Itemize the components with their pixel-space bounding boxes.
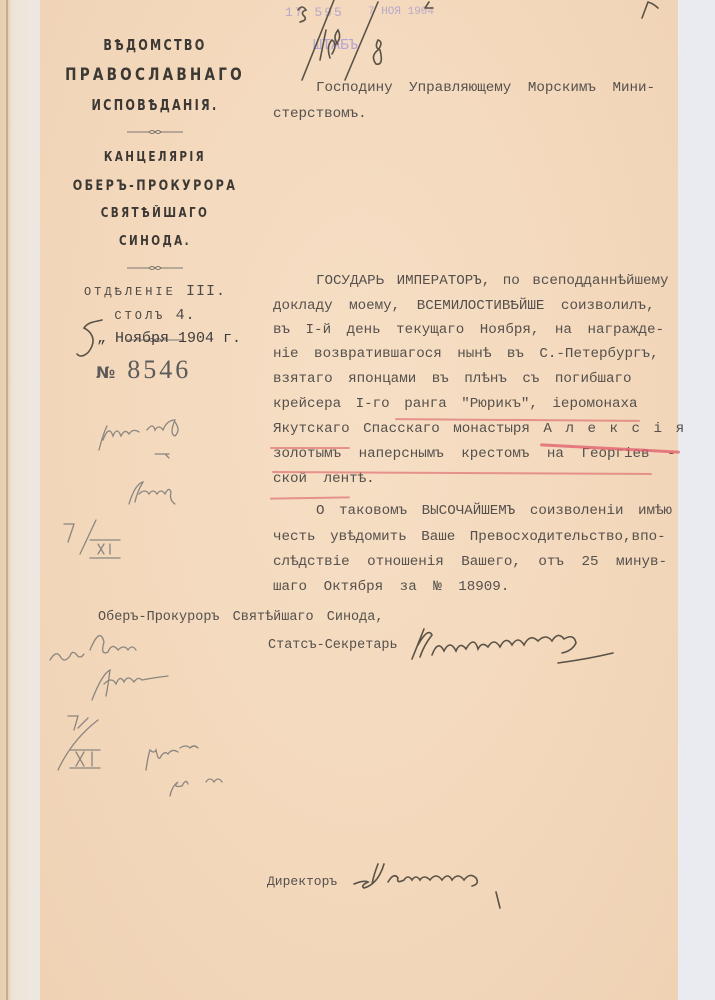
body-line-6: крейсера I-го ранга "Рюрикъ", іеромонаха (273, 396, 638, 412)
body-line-2: докладу моему, ВСЕМИЛОСТИВѢЙШЕ соизволил… (273, 298, 655, 314)
addressee-line-1: Господину Управляющему Морскимъ Мини- (316, 80, 655, 96)
secretary-signature (408, 625, 623, 665)
margin-note-signatures (40, 620, 280, 800)
closing-line-3: слѣдствіе отношенія Вашего, отъ 25 минув… (273, 554, 667, 570)
closing-line-1: О таковомъ ВЫСОЧАЙШЕМЪ соизволеніи имѣю (316, 503, 672, 519)
scan-background (678, 0, 715, 1000)
desk-label: СТОЛЪ (114, 309, 165, 323)
closing-line-4: шаго Октября за № 18909. (273, 579, 509, 595)
desk-value: 4. (176, 307, 196, 324)
letterhead-line-1: ВѢДОМСТВО (69, 30, 242, 60)
department-label: ОТДѢЛЕНІЕ (84, 285, 176, 299)
letterhead-line-3: ИСПОВѢДАНІЯ. (69, 90, 242, 120)
handwritten-corner-mark (640, 0, 670, 20)
department-line: ОТДѢЛЕНІЕ III. (40, 280, 270, 304)
body-line-7: Якутскаго Спасскаго монастыря А л е к с … (273, 421, 684, 437)
document-date: „ Ноября 1904 г. (97, 330, 241, 347)
ornament-divider-icon (125, 128, 185, 136)
director-label: Директоръ (267, 874, 337, 889)
body-line-5: взятаго японцами въ плѣнъ съ погибшаго (273, 371, 632, 387)
margin-note-delo (125, 470, 185, 510)
closing-line-2: честь увѣдомить Ваше Превосходительство,… (273, 529, 666, 545)
body-line-3: въ I-й день текущаго Ноября, на награжде… (273, 322, 664, 338)
ornament-divider-icon (125, 264, 185, 272)
margin-note-date-7-xi (60, 518, 130, 563)
number-sign: № (96, 363, 115, 382)
red-underline-yakutsk (270, 447, 350, 449)
body-line-1: ГОСУДАРЬ ИМПЕРАТОРЪ, по всеподданнѣйшему (316, 273, 669, 289)
department-value: III. (186, 283, 226, 300)
addressee-line-2: стерствомъ. (273, 106, 367, 122)
letterhead-line-5: ОБЕРЪ-ПРОКУРОРА (63, 172, 247, 200)
body-line-4: ніе возвратившагося нынѣ въ С.-Петербург… (273, 346, 659, 362)
margin-note-shtab (95, 410, 225, 465)
letterhead-line-4: КАНЦЕЛЯРІЯ (63, 144, 247, 172)
underlying-sheet-edge (0, 0, 40, 1000)
handwritten-registry-marks (290, 0, 450, 85)
letterhead-line-6: СВЯТѢЙШАГО СИНОДА. (63, 200, 247, 256)
letterhead-line-2: ПРАВОСЛАВНАГО (63, 60, 247, 90)
director-signature (350, 862, 530, 912)
number-value: 8546 (127, 355, 191, 384)
letterhead: ВѢДОМСТВО ПРАВОСЛАВНАГО ИСПОВѢДАНІЯ. КАН… (40, 30, 270, 352)
document-number: №8546 (96, 355, 191, 385)
secretary-label: Статсъ-Секретарь (268, 638, 398, 653)
